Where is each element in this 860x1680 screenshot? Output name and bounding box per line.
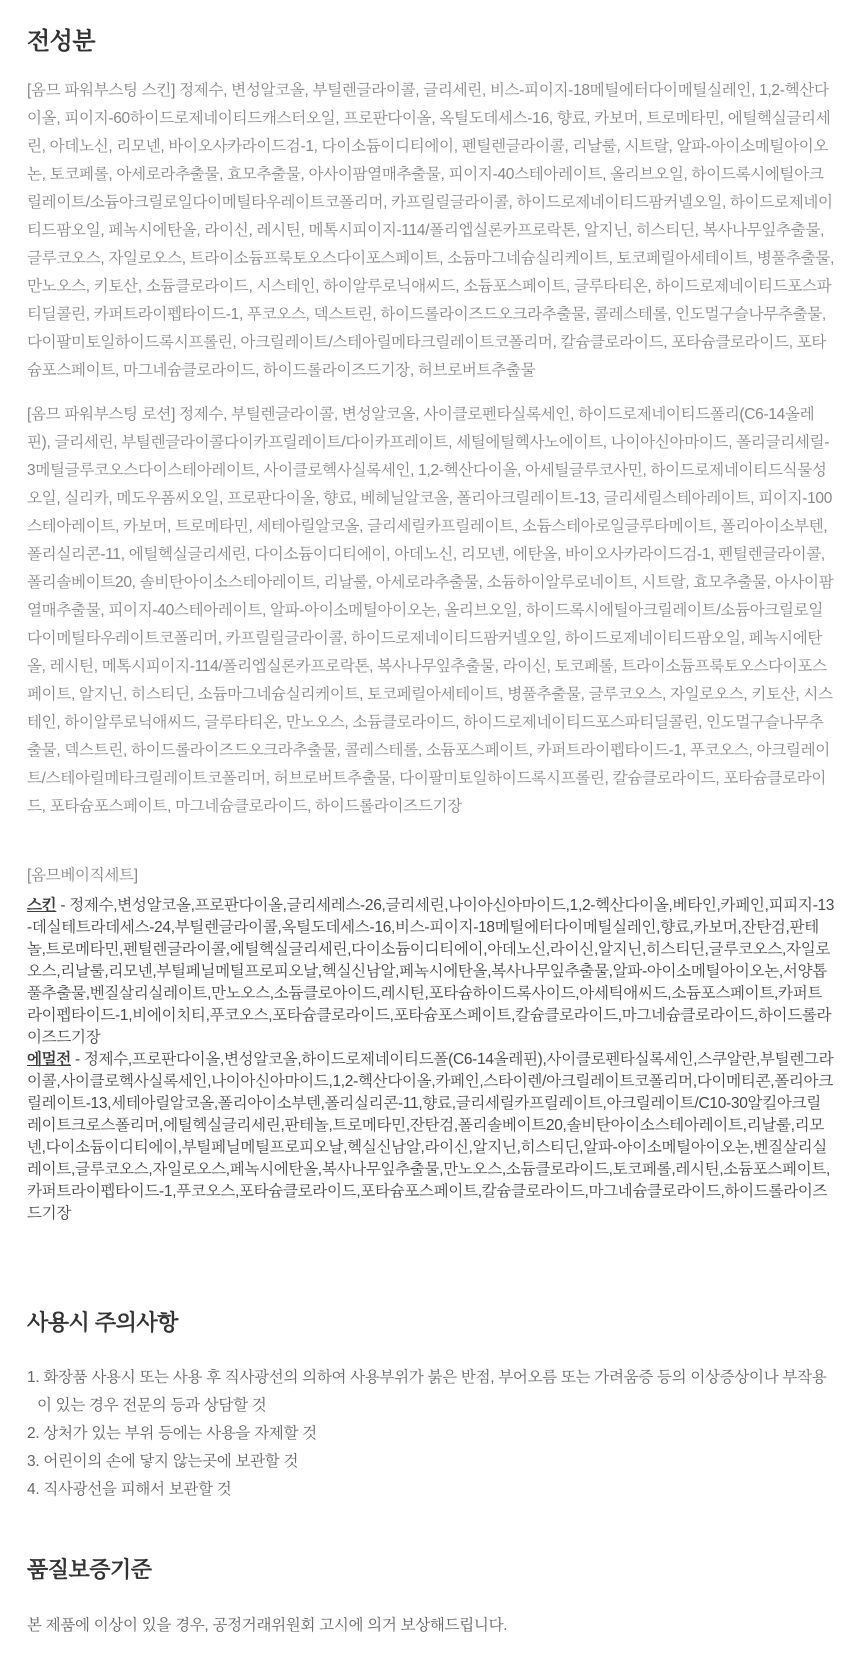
precaution-item-3: 3. 어린이의 손에 닿지 않는곳에 보관할 것 xyxy=(27,1448,835,1476)
power-boosting-skin-ingredients: [옴므 파워부스팅 스킨] 정제수, 변성알코올, 부틸렌글라이콜, 글리세린,… xyxy=(27,77,835,385)
basic-set-emulsion-ingredients: 에멀전 - 정제수,프로판다이올,변성알코올,하이드로제네이티드폴(C6-14올… xyxy=(27,1049,835,1225)
basic-set-emulsion-separator: - xyxy=(71,1051,84,1068)
power-boosting-lotion-text: 정제수, 부틸렌글라이콜, 변성알코올, 사이클로펜타실록세인, 하이드로제네이… xyxy=(27,406,833,815)
precautions-section: 사용시 주의사항 1. 화장품 사용시 또는 사용 후 직사광선의 의하여 사용… xyxy=(27,1309,835,1504)
basic-set-skin-label: 스킨 xyxy=(27,897,56,914)
ingredients-section: 전성분 [옴므 파워부스팅 스킨] 정제수, 변성알코올, 부틸렌글라이콜, 글… xyxy=(27,26,835,1225)
product-detail-page: 전성분 [옴므 파워부스팅 스킨] 정제수, 변성알코올, 부틸렌글라이콜, 글… xyxy=(0,0,860,1680)
precaution-item-1: 1. 화장품 사용시 또는 사용 후 직사광선의 의하여 사용부위가 붉은 반점… xyxy=(27,1364,835,1420)
basic-set-emulsion-label: 에멀전 xyxy=(27,1051,71,1068)
power-boosting-lotion-label: [옴므 파워부스팅 로션] xyxy=(27,406,175,423)
quality-section: 품질보증기준 본 제품에 이상이 있을 경우, 공정거래위원회 고시에 의거 보… xyxy=(27,1556,835,1641)
precaution-item-2: 2. 상처가 있는 부위 등에는 사용을 자제할 것 xyxy=(27,1420,835,1448)
precautions-section-title: 사용시 주의사항 xyxy=(27,1309,835,1338)
precaution-list: 1. 화장품 사용시 또는 사용 후 직사광선의 의하여 사용부위가 붉은 반점… xyxy=(27,1364,835,1504)
quality-section-title: 품질보증기준 xyxy=(27,1556,835,1585)
basic-set-skin-text: 정제수,변성알코올,프로판다이올,글리세레스-26,글리세린,나이아신아마이드,… xyxy=(27,897,834,1046)
power-boosting-skin-label: [옴므 파워부스팅 스킨] xyxy=(27,82,175,99)
power-boosting-lotion-ingredients: [옴므 파워부스팅 로션] 정제수, 부틸렌글라이콜, 변성알코올, 사이클로펜… xyxy=(27,401,835,821)
basic-set-block: [옴므베이직세트] 스킨 - 정제수,변성알코올,프로판다이올,글리세레스-26… xyxy=(27,865,835,1225)
power-boosting-skin-text: 정제수, 변성알코올, 부틸렌글라이콜, 글리세린, 비스-피이지-18메틸에터… xyxy=(27,82,834,379)
basic-set-skin-separator: - xyxy=(56,897,69,914)
basic-set-skin-ingredients: 스킨 - 정제수,변성알코올,프로판다이올,글리세레스-26,글리세린,나이아신… xyxy=(27,895,835,1049)
precaution-item-4: 4. 직사광선을 피해서 보관할 것 xyxy=(27,1476,835,1504)
quality-text: 본 제품에 이상이 있을 경우, 공정거래위원회 고시에 의거 보상해드립니다. xyxy=(27,1612,835,1640)
basic-set-label: [옴므베이직세트] xyxy=(27,865,835,887)
ingredients-section-title: 전성분 xyxy=(27,26,835,57)
basic-set-emulsion-text: 정제수,프로판다이올,변성알코올,하이드로제네이티드폴(C6-14올레핀),사이… xyxy=(27,1051,833,1222)
